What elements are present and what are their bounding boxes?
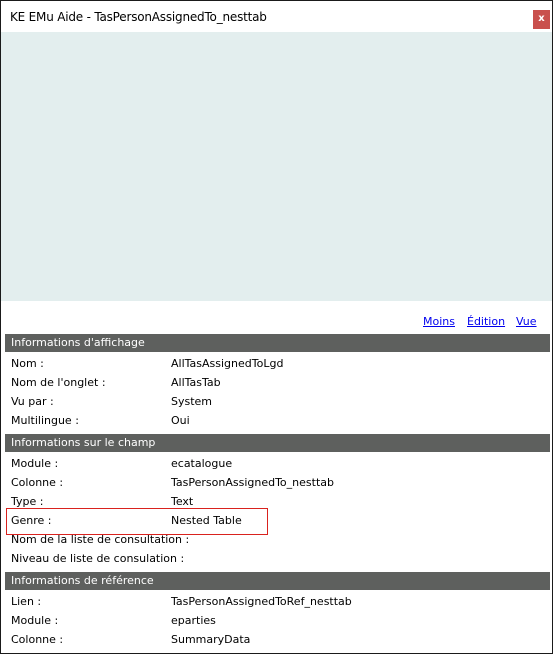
row-value: eparties — [171, 611, 216, 630]
row-value: TasPersonAssignedTo_nesttab — [171, 473, 334, 492]
window-title: KE EMu Aide - TasPersonAssignedTo_nestta… — [10, 10, 267, 24]
info-row: Nom : AllTasAssignedToLgd — [11, 354, 541, 373]
row-label: Module : — [11, 454, 58, 473]
row-value: System — [171, 392, 212, 411]
section-title: Informations sur le champ — [5, 436, 155, 449]
info-row: Colonne : TasPersonAssignedTo_nesttab — [11, 473, 541, 492]
help-window: KE EMu Aide - TasPersonAssignedTo_nestta… — [0, 0, 553, 654]
row-value: ecatalogue — [171, 454, 232, 473]
row-value: Oui — [171, 411, 190, 430]
view-link[interactable]: Vue — [516, 315, 537, 328]
info-row: Module : ecatalogue — [11, 454, 541, 473]
info-row: Colonne : SummaryData — [11, 630, 541, 649]
row-label: Lien : — [11, 592, 41, 611]
row-label: Niveau de liste de consulation : — [11, 549, 184, 568]
row-label: Nom : — [11, 354, 44, 373]
info-row: Nom de l'onglet : AllTasTab — [11, 373, 541, 392]
info-row: Multilingue : Oui — [11, 411, 541, 430]
info-row: Niveau de liste de consulation : — [11, 549, 541, 568]
row-value: AllTasAssignedToLgd — [171, 354, 283, 373]
close-button[interactable]: x — [533, 10, 550, 29]
section-title: Informations de référence — [5, 574, 154, 587]
row-value: SummaryData — [171, 630, 250, 649]
row-label: Module : — [11, 611, 58, 630]
edit-link[interactable]: Édition — [467, 315, 505, 328]
section-header-field-info: Informations sur le champ — [5, 434, 550, 452]
row-label: Vu par : — [11, 392, 54, 411]
section-header-reference-info: Informations de référence — [5, 572, 550, 590]
info-row: Vu par : System — [11, 392, 541, 411]
section-title: Informations d'affichage — [5, 336, 145, 349]
row-label: Multilingue : — [11, 411, 79, 430]
preview-area — [1, 32, 552, 301]
section-header-display-info: Informations d'affichage — [5, 334, 550, 352]
row-value: AllTasTab — [171, 373, 221, 392]
row-label: Colonne : — [11, 473, 63, 492]
row-value: TasPersonAssignedToRef_nesttab — [171, 592, 352, 611]
title-bar[interactable]: KE EMu Aide - TasPersonAssignedTo_nestta… — [1, 1, 552, 32]
row-label: Colonne : — [11, 630, 63, 649]
row-label: Nom de l'onglet : — [11, 373, 106, 392]
highlight-box — [6, 508, 268, 535]
info-row: Module : eparties — [11, 611, 541, 630]
info-row: Lien : TasPersonAssignedToRef_nesttab — [11, 592, 541, 611]
less-link[interactable]: Moins — [423, 315, 455, 328]
